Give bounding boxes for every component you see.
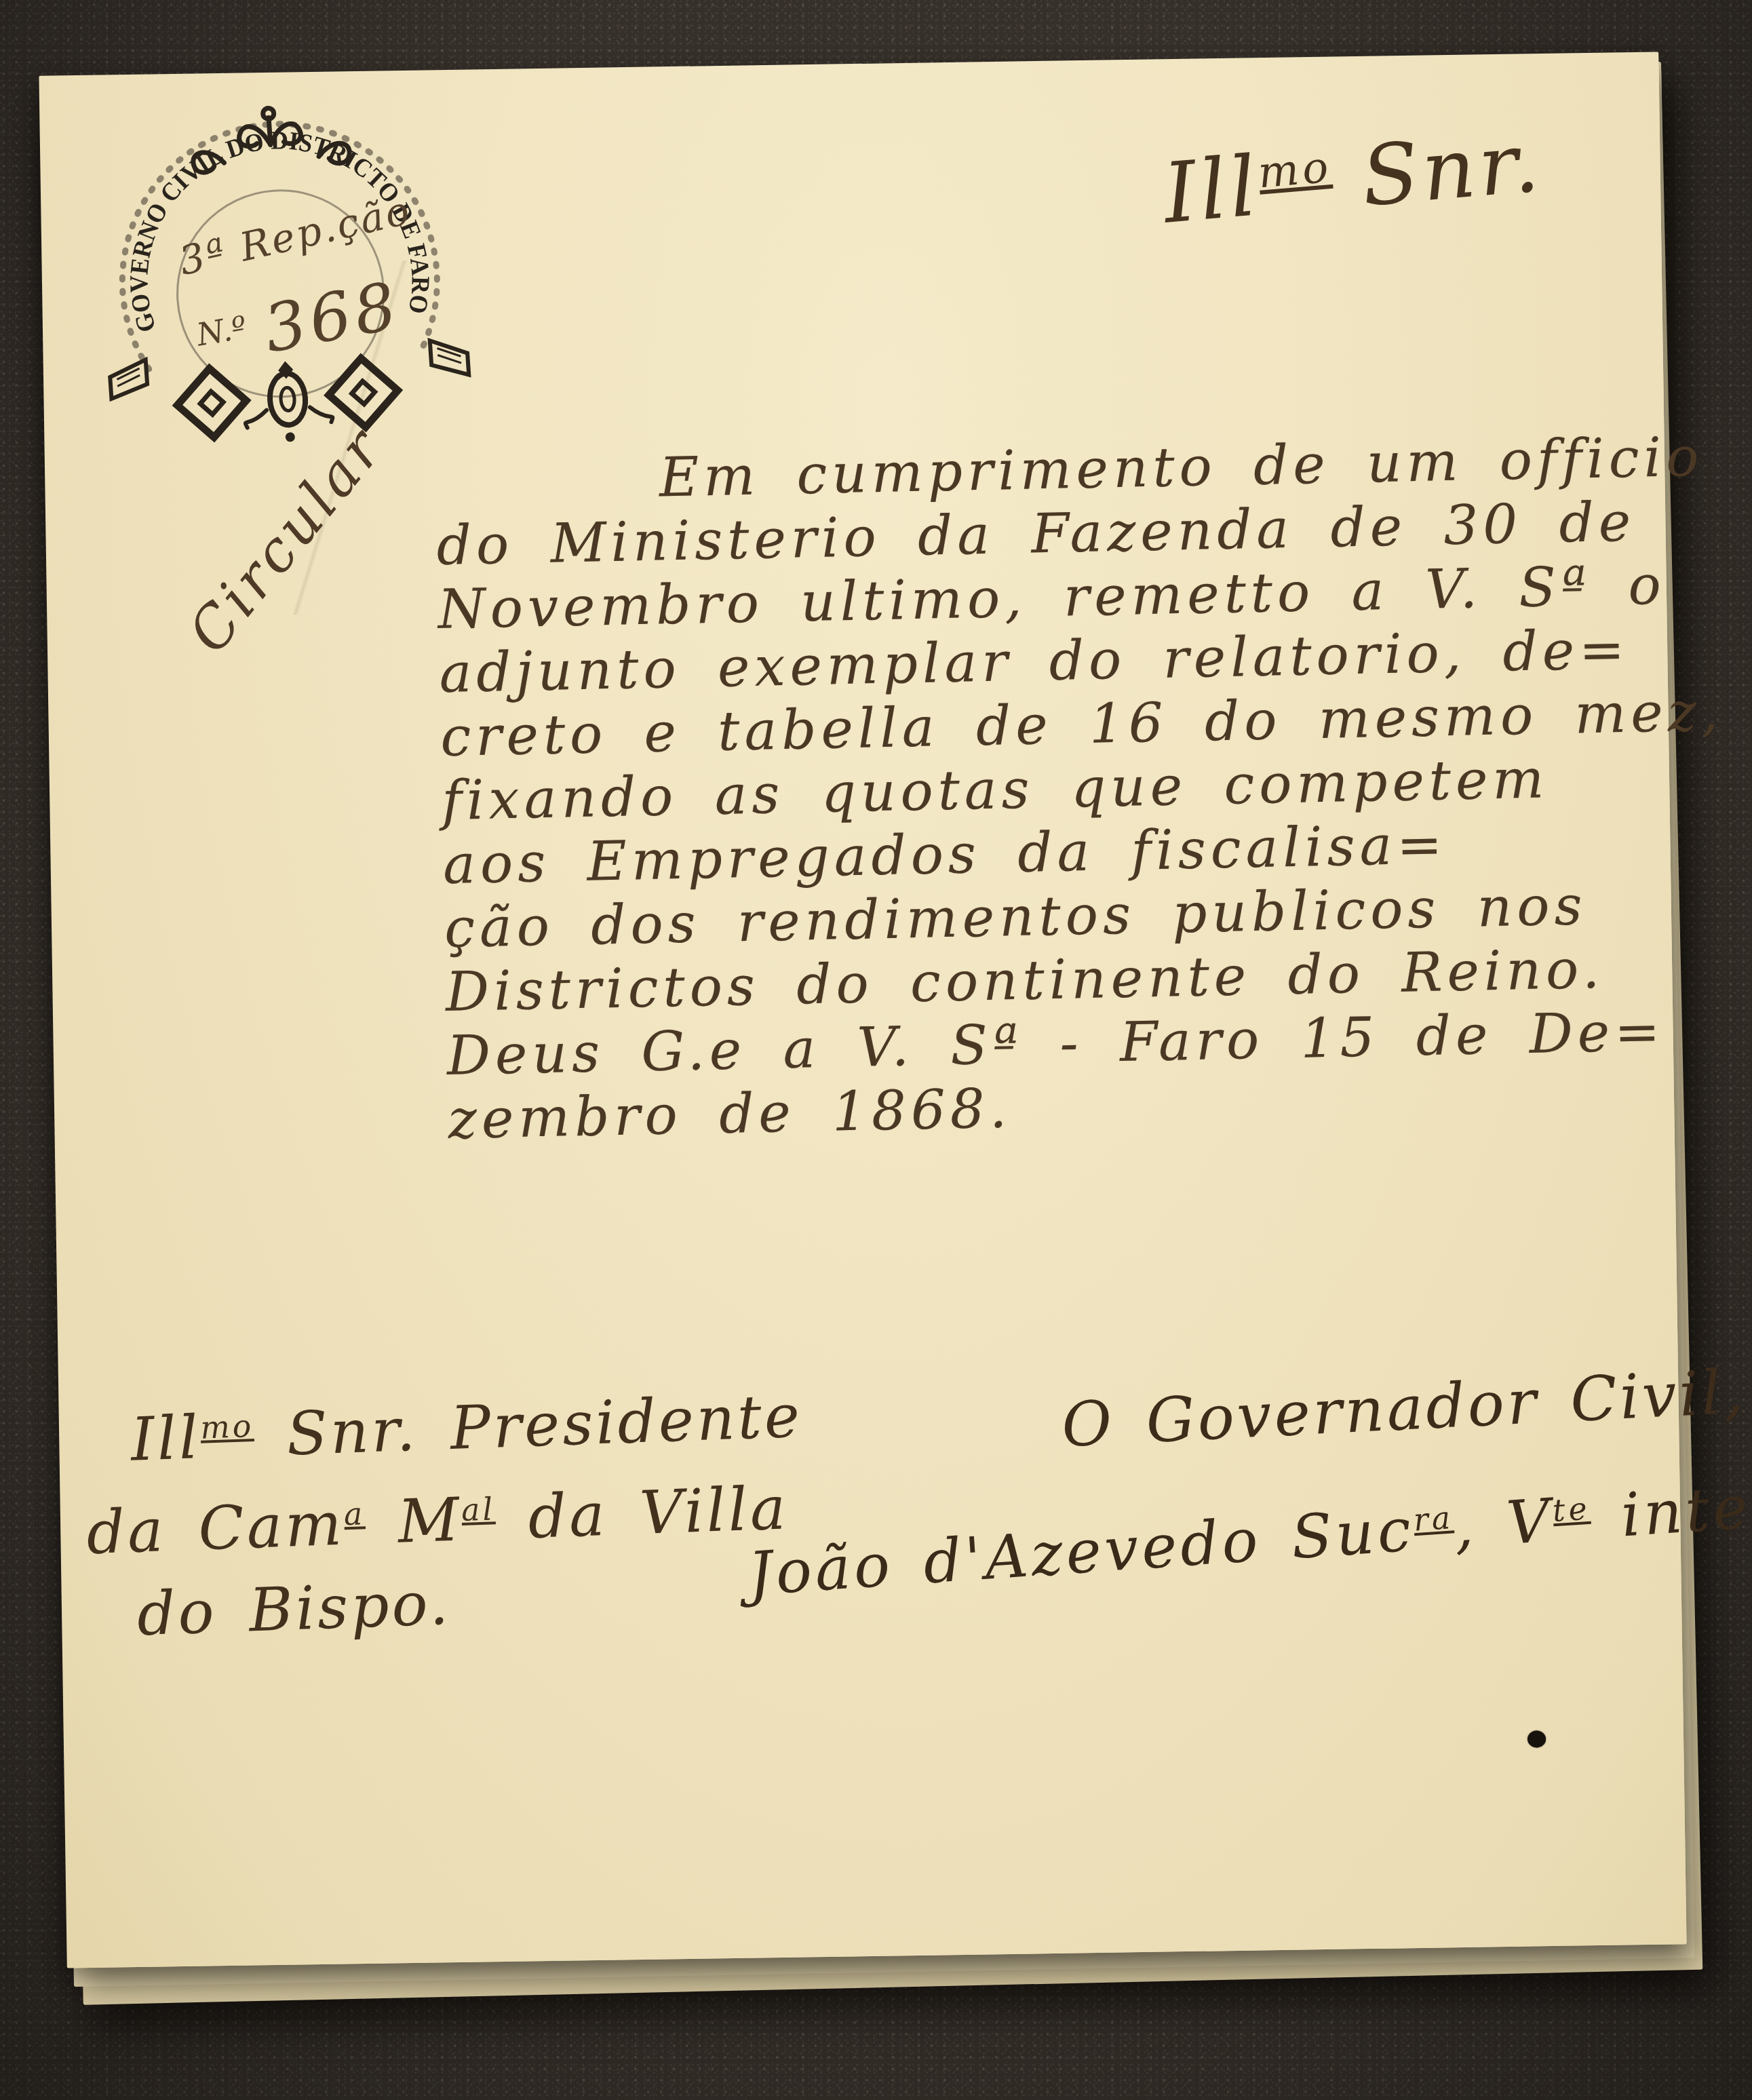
addressee-text: Ill — [130, 1402, 202, 1475]
official-stamp: GOVERNO CIVIL DO DISTRICTO DE FARO — [82, 92, 484, 459]
addressee-superscript: a — [343, 1496, 366, 1533]
addressee-block: Illmo Snr. Presidente da Cama Mal da Vil… — [129, 1365, 810, 1656]
salutation-rest: Snr. — [1329, 114, 1546, 228]
addressee-text: Snr. Presidente — [253, 1380, 804, 1470]
addressee-superscript: al — [461, 1492, 496, 1529]
signature-text: João d'Azevedo Suc — [746, 1494, 1416, 1609]
signature-superscript: te — [1551, 1490, 1591, 1529]
addressee-text: M — [364, 1485, 463, 1558]
addressee-text: da Cam — [85, 1489, 345, 1568]
letter-page: GOVERNO CIVIL DO DISTRICTO DE FARO — [39, 52, 1686, 1968]
photo-background: GOVERNO CIVIL DO DISTRICTO DE FARO — [0, 0, 1752, 2100]
ink-blot — [1527, 1730, 1546, 1747]
signature-superscript: ra — [1412, 1500, 1455, 1538]
addressee-superscript: mo — [199, 1408, 254, 1446]
salutation-superscript: mo — [1256, 142, 1334, 198]
signature: João d'Azevedo Sucra, Vte interno. — [746, 1465, 1752, 1609]
letter-body: Em cumprimento de um officio do Minister… — [435, 425, 1703, 1152]
signature-text: inter — [1589, 1470, 1752, 1553]
addressee-text: da Villa — [494, 1473, 790, 1553]
signature-text: , V — [1452, 1485, 1555, 1561]
salutation-text: Ill — [1160, 138, 1264, 241]
stamp-ornament: GOVERNO CIVIL DO DISTRICTO DE FARO — [82, 92, 484, 459]
salutation: Illmo Snr. — [1160, 114, 1546, 242]
signer-title: O Governador Civil, — [1060, 1356, 1747, 1461]
